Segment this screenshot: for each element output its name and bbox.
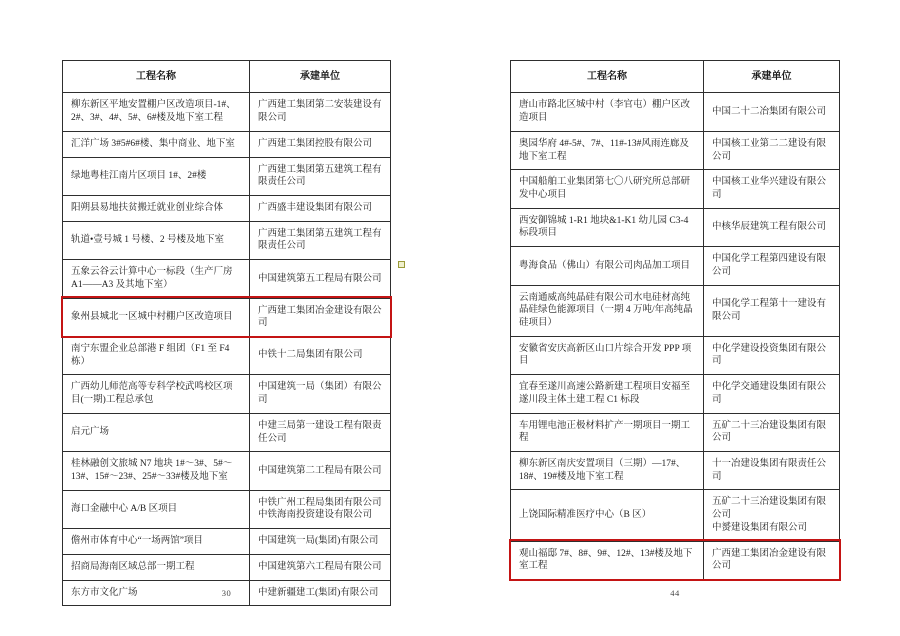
- table-row: 西安御锦城 1-R1 地块&1-K1 幼儿园 C3-4 标段项目中核华辰建筑工程…: [511, 208, 839, 246]
- contractor-cell: 五矿二十三冶建设集团有限公司: [703, 414, 839, 451]
- contractor-cell: 中国核工业第二二建设有限公司: [703, 132, 839, 169]
- table-row: 绿地粤桂江南片区项目 1#、2#楼广西建工集团第五建筑工程有限责任公司: [63, 157, 390, 195]
- contractor-cell: 十一冶建设集团有限责任公司: [703, 452, 839, 489]
- table-row: 宜春至遂川高速公路新建工程项目安福至遂川段主体土建工程 C1 标段中化学交通建设…: [511, 374, 839, 412]
- table-row: 粤海食品（佛山）有限公司肉品加工项目中国化学工程第四建设有限公司: [511, 246, 839, 284]
- project-name-cell: 中国船舶工业集团第七〇八研究所总部研发中心项目: [511, 170, 703, 207]
- contractor-cell: 中国建筑第六工程局有限公司: [249, 555, 390, 580]
- contractor-cell: 中国建筑一局（集团）有限公司: [249, 375, 390, 412]
- project-name-cell: 轨道•壹号城 1 号楼、2 号楼及地下室: [63, 222, 249, 259]
- contractor-cell: 中国二十二冶集团有限公司: [703, 93, 839, 130]
- table-row-highlighted: 观山福邸 7#、8#、9#、12#、13#楼及地下室工程广西建工集团冶金建设有限…: [511, 541, 839, 579]
- project-name-cell: 唐山市路北区城中村（李官屯）棚户区改造项目: [511, 93, 703, 130]
- table-row: 海口金融中心 A/B 区项目中铁广州工程局集团有限公司 中铁海南投资建设有限公司: [63, 490, 390, 528]
- contractor-cell: 中国核工业华兴建设有限公司: [703, 170, 839, 207]
- project-name-cell: 粤海食品（佛山）有限公司肉品加工项目: [511, 247, 703, 284]
- projects-table-right: 工程名称 承建单位 唐山市路北区城中村（李官屯）棚户区改造项目中国二十二冶集团有…: [510, 60, 840, 580]
- project-name-cell: 柳东新区平地安置棚户区改造项目-1#、2#、3#、4#、5#、6#楼及地下室工程: [63, 93, 249, 130]
- project-name-cell: 观山福邸 7#、8#、9#、12#、13#楼及地下室工程: [511, 542, 703, 579]
- project-name-cell: 五象云谷云计算中心一标段（生产厂房 A1——A3 及其地下室）: [63, 260, 249, 297]
- project-name-cell: 桂林融创文旅城 N7 地块 1#～3#、5#～13#、15#～23#、25#～3…: [63, 452, 249, 489]
- project-name-cell: 广西幼儿师范高等专科学校武鸣校区项目(一期)工程总承包: [63, 375, 249, 412]
- project-name-cell: 招商局海南区域总部一期工程: [63, 555, 249, 580]
- project-name-cell: 阳朔县易地扶贫搬迁就业创业综合体: [63, 196, 249, 221]
- project-name-cell: 安徽省安庆高新区山口片综合开发 PPP 项目: [511, 337, 703, 374]
- contractor-cell: 广西建工集团第五建筑工程有限责任公司: [249, 158, 390, 195]
- table-row: 唐山市路北区城中村（李官屯）棚户区改造项目中国二十二冶集团有限公司: [511, 92, 839, 130]
- page-left: 工程名称 承建单位 柳东新区平地安置棚户区改造项目-1#、2#、3#、4#、5#…: [62, 60, 391, 606]
- page-number-right: 44: [510, 588, 840, 598]
- project-name-cell: 奥园华府 4#-5#、7#、11#-13#风雨连廊及地下室工程: [511, 132, 703, 169]
- column-header-contractor: 承建单位: [703, 61, 839, 92]
- table-row: 桂林融创文旅城 N7 地块 1#～3#、5#～13#、15#～23#、25#～3…: [63, 451, 390, 489]
- contractor-cell: 中国建筑第五工程局有限公司: [249, 260, 390, 297]
- project-name-cell: 柳东新区南庆安置项目（三期）—17#、18#、19#楼及地下室工程: [511, 452, 703, 489]
- contractor-cell: 广西建工集团冶金建设有限公司: [703, 542, 839, 579]
- column-header-project: 工程名称: [63, 61, 249, 92]
- project-name-cell: 启元广场: [63, 414, 249, 451]
- table-row: 云南通威高纯晶硅有限公司水电硅材高纯晶硅绿色能源项目（一期 4 万吨/年高纯晶硅…: [511, 285, 839, 336]
- annotation-marker-dot: [398, 261, 405, 268]
- project-name-cell: 云南通威高纯晶硅有限公司水电硅材高纯晶硅绿色能源项目（一期 4 万吨/年高纯晶硅…: [511, 286, 703, 336]
- project-name-cell: 象州县城北一区城中村棚户区改造项目: [63, 299, 249, 336]
- contractor-cell: 中国建筑第二工程局有限公司: [249, 452, 390, 489]
- project-name-cell: 汇洋广场 3#5#6#楼、集中商业、地下室: [63, 132, 249, 157]
- project-name-cell: 绿地粤桂江南片区项目 1#、2#楼: [63, 158, 249, 195]
- contractor-cell: 中建三局第一建设工程有限责任公司: [249, 414, 390, 451]
- table-row: 阳朔县易地扶贫搬迁就业创业综合体广西盛丰建设集团有限公司: [63, 195, 390, 221]
- table-row: 柳东新区南庆安置项目（三期）—17#、18#、19#楼及地下室工程十一冶建设集团…: [511, 451, 839, 489]
- contractor-cell: 广西盛丰建设集团有限公司: [249, 196, 390, 221]
- table-row: 南宁东盟企业总部港 F 组团（F1 至 F4 栋）中铁十二局集团有限公司: [63, 336, 390, 374]
- table-row: 轨道•壹号城 1 号楼、2 号楼及地下室广西建工集团第五建筑工程有限责任公司: [63, 221, 390, 259]
- table-row-highlighted: 象州县城北一区城中村棚户区改造项目广西建工集团冶金建设有限公司: [63, 298, 390, 336]
- table-row: 五象云谷云计算中心一标段（生产厂房 A1——A3 及其地下室）中国建筑第五工程局…: [63, 259, 390, 297]
- table-row: 汇洋广场 3#5#6#楼、集中商业、地下室广西建工集团控股有限公司: [63, 131, 390, 157]
- table-row: 儋州市体育中心“一场两馆”项目中国建筑一局(集团)有限公司: [63, 528, 390, 554]
- project-name-cell: 儋州市体育中心“一场两馆”项目: [63, 529, 249, 554]
- project-name-cell: 西安御锦城 1-R1 地块&1-K1 幼儿园 C3-4 标段项目: [511, 209, 703, 246]
- table-row: 上饶国际精准医疗中心（B 区）五矿二十三冶建设集团有限公司 中赟建设集团有限公司: [511, 489, 839, 540]
- column-header-contractor: 承建单位: [249, 61, 390, 92]
- table-header-row: 工程名称 承建单位: [63, 61, 390, 92]
- table-header-row: 工程名称 承建单位: [511, 61, 839, 92]
- project-name-cell: 车用锂电池正极材料扩产一期项目一期工程: [511, 414, 703, 451]
- column-header-project: 工程名称: [511, 61, 703, 92]
- page-right: 工程名称 承建单位 唐山市路北区城中村（李官屯）棚户区改造项目中国二十二冶集团有…: [510, 60, 840, 580]
- table-row: 启元广场中建三局第一建设工程有限责任公司: [63, 413, 390, 451]
- table-row: 柳东新区平地安置棚户区改造项目-1#、2#、3#、4#、5#、6#楼及地下室工程…: [63, 92, 390, 130]
- table-row: 广西幼儿师范高等专科学校武鸣校区项目(一期)工程总承包中国建筑一局（集团）有限公…: [63, 374, 390, 412]
- document-canvas: 工程名称 承建单位 柳东新区平地安置棚户区改造项目-1#、2#、3#、4#、5#…: [0, 0, 900, 636]
- contractor-cell: 中铁十二局集团有限公司: [249, 337, 390, 374]
- contractor-cell: 广西建工集团第五建筑工程有限责任公司: [249, 222, 390, 259]
- contractor-cell: 中铁广州工程局集团有限公司 中铁海南投资建设有限公司: [249, 491, 390, 528]
- table-row: 车用锂电池正极材料扩产一期项目一期工程五矿二十三冶建设集团有限公司: [511, 413, 839, 451]
- project-name-cell: 上饶国际精准医疗中心（B 区）: [511, 490, 703, 540]
- contractor-cell: 广西建工集团冶金建设有限公司: [249, 299, 390, 336]
- contractor-cell: 中国化学工程第十一建设有限公司: [703, 286, 839, 336]
- table-row: 中国船舶工业集团第七〇八研究所总部研发中心项目中国核工业华兴建设有限公司: [511, 169, 839, 207]
- projects-table-left: 工程名称 承建单位 柳东新区平地安置棚户区改造项目-1#、2#、3#、4#、5#…: [62, 60, 391, 606]
- contractor-cell: 中化学建设投资集团有限公司: [703, 337, 839, 374]
- table-row: 安徽省安庆高新区山口片综合开发 PPP 项目中化学建设投资集团有限公司: [511, 336, 839, 374]
- contractor-cell: 中化学交通建设集团有限公司: [703, 375, 839, 412]
- contractor-cell: 中国建筑一局(集团)有限公司: [249, 529, 390, 554]
- project-name-cell: 南宁东盟企业总部港 F 组团（F1 至 F4 栋）: [63, 337, 249, 374]
- contractor-cell: 广西建工集团第二安装建设有限公司: [249, 93, 390, 130]
- page-number-left: 30: [62, 588, 391, 598]
- contractor-cell: 中国化学工程第四建设有限公司: [703, 247, 839, 284]
- table-row: 奥园华府 4#-5#、7#、11#-13#风雨连廊及地下室工程中国核工业第二二建…: [511, 131, 839, 169]
- table-row: 招商局海南区域总部一期工程中国建筑第六工程局有限公司: [63, 554, 390, 580]
- contractor-cell: 广西建工集团控股有限公司: [249, 132, 390, 157]
- project-name-cell: 海口金融中心 A/B 区项目: [63, 491, 249, 528]
- contractor-cell: 五矿二十三冶建设集团有限公司 中赟建设集团有限公司: [703, 490, 839, 540]
- project-name-cell: 宜春至遂川高速公路新建工程项目安福至遂川段主体土建工程 C1 标段: [511, 375, 703, 412]
- contractor-cell: 中核华辰建筑工程有限公司: [703, 209, 839, 246]
